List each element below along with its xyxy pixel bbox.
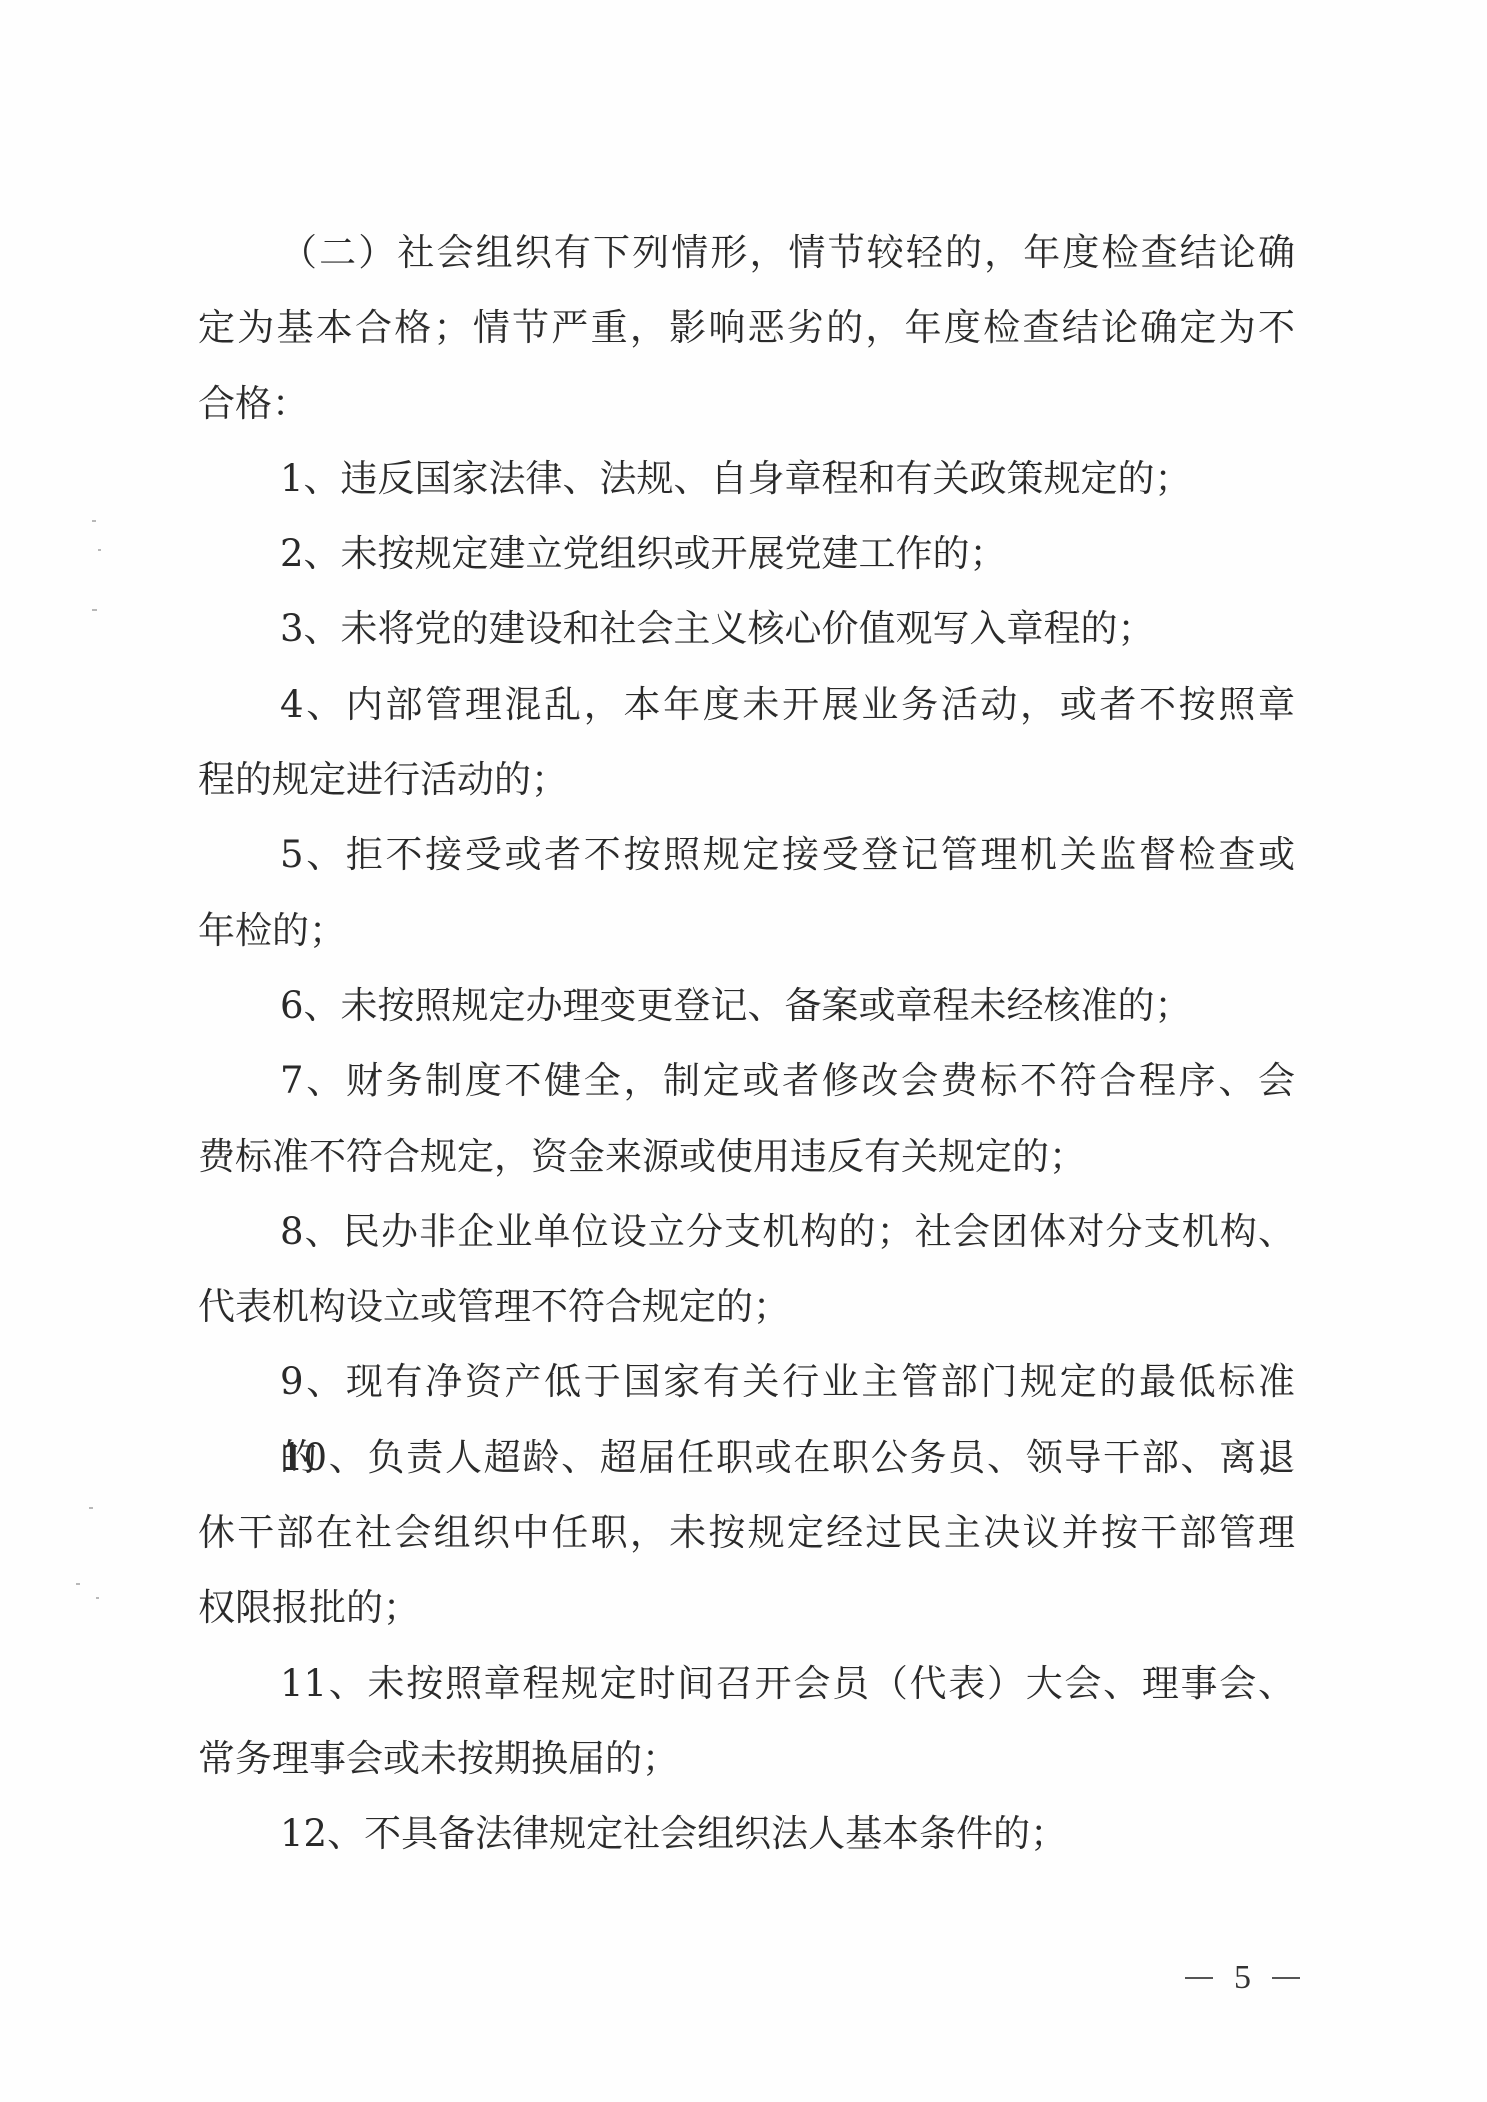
list-item: 10、负责人超龄、超届任职或在职公务员、领导干部、离退: [198, 1420, 1295, 1495]
list-item-continuation: 常务理事会或未按期换届的；: [198, 1721, 1295, 1796]
list-item: 6、未按照规定办理变更登记、备案或章程未经核准的；: [198, 968, 1295, 1043]
list-item: 3、未将党的建设和社会主义核心价值观写入章程的；: [198, 591, 1295, 666]
list-item: 11、未按照章程规定时间召开会员（代表）大会、理事会、: [198, 1646, 1295, 1721]
page-number-dash-left: [1185, 1977, 1213, 1979]
list-item: 5、拒不接受或者不按照规定接受登记管理机关监督检查或: [198, 817, 1295, 892]
scan-speck: [76, 1583, 80, 1585]
list-item: 8、民办非企业单位设立分支机构的；社会团体对分支机构、: [198, 1194, 1295, 1269]
list-item: 1、违反国家法律、法规、自身章程和有关政策规定的；: [198, 441, 1295, 516]
list-item-continuation: 代表机构设立或管理不符合规定的；: [198, 1269, 1295, 1344]
scan-speck: [92, 609, 97, 611]
page-number-dash-right: [1272, 1977, 1300, 1979]
list-item-continuation: 年检的；: [198, 893, 1295, 968]
paragraph-line: 定为基本合格；情节严重，影响恶劣的，年度检查结论确定为不: [198, 290, 1295, 365]
list-item-continuation: 权限报批的；: [198, 1570, 1295, 1645]
paragraph-line: 合格：: [198, 366, 1295, 441]
list-item-continuation: 费标准不符合规定，资金来源或使用违反有关规定的；: [198, 1119, 1295, 1194]
list-item: 4、内部管理混乱，本年度未开展业务活动，或者不按照章: [198, 667, 1295, 742]
scan-speck: [89, 1507, 93, 1509]
list-item-continuation: 程的规定进行活动的；: [198, 742, 1295, 817]
scan-speck: [92, 520, 96, 522]
list-item: 12、不具备法律规定社会组织法人基本条件的；: [198, 1796, 1295, 1871]
page-number: 5: [1185, 1956, 1300, 2000]
document-page: （二）社会组织有下列情形，情节较轻的，年度检查结论确 定为基本合格；情节严重，影…: [0, 0, 1487, 2102]
list-item: 7、财务制度不健全，制定或者修改会费标不符合程序、会: [198, 1043, 1295, 1118]
page-number-value: 5: [1234, 1959, 1251, 1997]
paragraph-line: （二）社会组织有下列情形，情节较轻的，年度检查结论确: [198, 215, 1295, 290]
list-item-continuation: 休干部在社会组织中任职，未按规定经过民主决议并按干部管理: [198, 1495, 1295, 1570]
scan-speck: [96, 1597, 99, 1599]
list-item: 2、未按规定建立党组织或开展党建工作的；: [198, 516, 1295, 591]
body-text: （二）社会组织有下列情形，情节较轻的，年度检查结论确 定为基本合格；情节严重，影…: [198, 215, 1295, 1872]
scan-speck: [98, 549, 101, 551]
list-item: 9、现有净资产低于国家有关行业主管部门规定的最低标准的；: [198, 1344, 1295, 1419]
